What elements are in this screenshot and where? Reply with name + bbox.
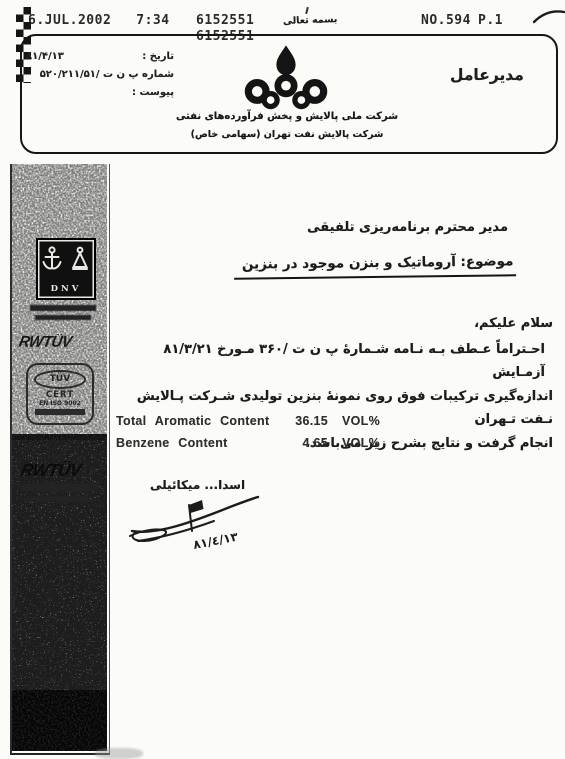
reference-number: شماره پ ن ت /۵۲۰/۲۱۱/۵۱ — [40, 69, 174, 80]
table-row: Benzene Content 4.65 VOL% — [116, 432, 380, 454]
anchor-icon — [40, 245, 64, 273]
handwritten-signature: ۸۱/٤/۱۳ — [126, 489, 264, 557]
result-name: Total Aromatic Content — [116, 414, 278, 428]
company-name-line2: شرکت پالایش نفت تهران (سهامی خاص) — [172, 129, 402, 140]
fax-number: 6152551 — [196, 13, 254, 28]
pen-scribble-top-right — [533, 5, 565, 25]
scales-icon — [68, 245, 92, 273]
handwritten-date: ۸۱/٤/۱۳ — [192, 529, 240, 552]
addressee-line: مدیر محترم برنامه‌ریزی تلفیقی — [116, 220, 508, 235]
stamp-caption-bar — [35, 315, 91, 320]
nioc-logo-icon — [238, 45, 334, 111]
cert-label: CERT — [28, 390, 92, 400]
bismillah-mark — [305, 7, 309, 14]
tuv-label: TÜV — [34, 370, 86, 389]
paragraph-line: احـتراماً عـطف بـه نـامه شـمارهٔ پ ن ت /… — [116, 338, 553, 385]
date-value: ۸۱/۴/۱۳ — [26, 51, 64, 62]
result-name: Benzene Content — [116, 436, 278, 450]
stamp-caption-bar — [35, 409, 85, 415]
date-label: تاریخ : — [142, 51, 174, 62]
stamp-caption-bar — [30, 305, 96, 311]
tuv-cert-stamp: TÜV CERT EN ISO 9002 — [26, 363, 94, 425]
greeting-line: سلام علیکم، — [116, 312, 553, 336]
rwtuv-stamp-label: RWTÜV — [18, 334, 73, 351]
scan-smudge — [95, 748, 143, 759]
result-value: 36.15 — [278, 414, 328, 428]
result-unit: VOL% — [328, 414, 380, 428]
table-row: Total Aromatic Content 36.15 VOL% — [116, 410, 380, 432]
iso-label: EN ISO 9002 — [28, 400, 92, 407]
bismillah-handwriting: بسمه تعالی — [283, 14, 338, 27]
fax-datetime: 6.JUL.2002 7:34 — [28, 13, 170, 28]
rwtuv-stamp-label-2: RWTÜV — [19, 461, 82, 481]
subject-line: موضوع: آروماتیک و بنزن موجود در بنزین — [234, 253, 516, 279]
stamp-caption-bar — [21, 483, 99, 492]
fax-page-number: P.1 — [478, 13, 503, 28]
result-value: 4.65 — [278, 436, 328, 450]
fax-doc-number: NO.594 — [421, 13, 471, 28]
result-unit: VOL% — [328, 436, 380, 450]
results-table: Total Aromatic Content 36.15 VOL% Benzen… — [116, 410, 380, 454]
stamp-caption-bar — [25, 496, 89, 502]
letterhead-fields: تاریخ : ۸۱/۴/۱۳ شماره پ ن ت /۵۲۰/۲۱۱/۵۱ … — [26, 51, 174, 105]
scanned-fax-letter: 6.JUL.2002 7:34 6152551 6152551 بسمه تعا… — [0, 0, 565, 759]
dnv-stamp-label: DNV — [38, 284, 94, 294]
attachment-label: پیوست : — [132, 87, 174, 98]
dnv-stamp: DNV — [36, 238, 96, 300]
director-title: مدیرعامل — [450, 66, 524, 84]
company-name-line1: شرکت ملی پالایش و پخش فرآورده‌های نفتی — [172, 111, 402, 122]
certification-stamp-strip: DNV RWTÜV TÜV CERT EN ISO 9002 RWTÜV — [10, 164, 110, 755]
